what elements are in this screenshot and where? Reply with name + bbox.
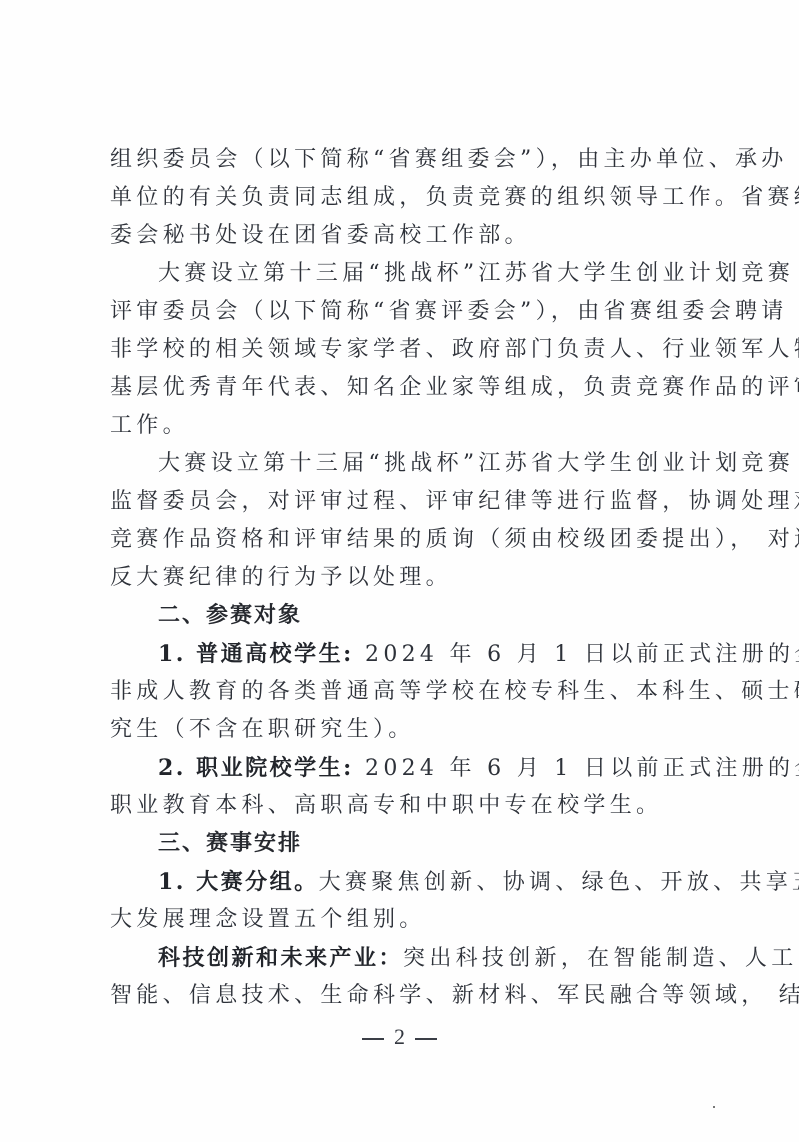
dash-right bbox=[415, 1038, 437, 1040]
paragraph-line: 监督委员会，对评审过程、评审纪律等进行监督，协调处理对 bbox=[110, 487, 710, 517]
group-label: 科技创新和未来产业： bbox=[158, 945, 403, 971]
paragraph-line: 职业教育本科、高职高专和中职中专在校学生。 bbox=[110, 791, 710, 821]
scan-speck bbox=[713, 1106, 715, 1108]
paragraph-line: 反大赛纪律的行为予以处理。 bbox=[110, 563, 710, 593]
paragraph-line: 工作。 bbox=[110, 411, 710, 441]
paragraph-line: 组织委员会（以下简称“省赛组委会”），由主办单位、承办 bbox=[110, 145, 710, 175]
paragraph-line: 大赛设立第十三届“挑战杯”江苏省大学生创业计划竞赛 bbox=[158, 449, 710, 479]
paragraph-line: 单位的有关负责同志组成，负责竞赛的组织领导工作。省赛组 bbox=[110, 183, 710, 213]
item-label: 2. 职业院校学生: bbox=[158, 755, 354, 781]
paragraph-line: 大发展理念设置五个组别。 bbox=[110, 905, 710, 935]
group-text: 突出科技创新，在智能制造、人工 bbox=[403, 946, 798, 971]
item-text: 大赛聚焦创新、协调、绿色、开放、共享五 bbox=[319, 870, 799, 895]
item-label: 1. 普通高校学生: bbox=[158, 641, 354, 667]
paragraph-line: 非成人教育的各类普通高等学校在校专科生、本科生、硕士研 bbox=[110, 677, 710, 707]
section-heading-schedule: 三、赛事安排 bbox=[158, 829, 710, 859]
paragraph-line: 大赛设立第十三届“挑战杯”江苏省大学生创业计划竞赛 bbox=[158, 259, 710, 289]
item-text: 2024 年 6 月 1 日以前正式注册的全日制 bbox=[354, 756, 799, 781]
page-number-value: 2 bbox=[394, 1024, 405, 1049]
list-item-vocational-college: 2. 职业院校学生: 2024 年 6 月 1 日以前正式注册的全日制 bbox=[158, 753, 710, 783]
paragraph-line: 究生（不含在职研究生）。 bbox=[110, 715, 710, 745]
section-heading-participants: 二、参赛对象 bbox=[158, 601, 710, 631]
dash-left bbox=[362, 1038, 384, 1040]
paragraph-line: 非学校的相关领域专家学者、政府部门负责人、行业领军人物、 bbox=[110, 335, 710, 365]
paragraph-line: 评审委员会（以下简称“省赛评委会”），由省赛组委会聘请 bbox=[110, 297, 710, 327]
document-page: 组织委员会（以下简称“省赛组委会”），由主办单位、承办 单位的有关负责同志组成，… bbox=[0, 0, 799, 1142]
item-label: 1. 大赛分组。 bbox=[158, 869, 319, 895]
page-number: 2 bbox=[0, 1024, 799, 1050]
list-item-regular-university: 1. 普通高校学生: 2024 年 6 月 1 日以前正式注册的全日制 bbox=[158, 639, 710, 669]
paragraph-line: 基层优秀青年代表、知名企业家等组成，负责竞赛作品的评审 bbox=[110, 373, 710, 403]
list-item-competition-groups: 1. 大赛分组。大赛聚焦创新、协调、绿色、开放、共享五 bbox=[158, 867, 710, 897]
paragraph-line: 智能、信息技术、生命科学、新材料、军民融合等领域， 结合 bbox=[110, 981, 710, 1011]
item-text: 2024 年 6 月 1 日以前正式注册的全日制 bbox=[354, 642, 799, 667]
paragraph-line: 委会秘书处设在团省委高校工作部。 bbox=[110, 221, 710, 251]
paragraph-line: 竞赛作品资格和评审结果的质询（须由校级团委提出）， 对违 bbox=[110, 525, 710, 555]
group-tech-innovation: 科技创新和未来产业：突出科技创新，在智能制造、人工 bbox=[158, 943, 710, 973]
